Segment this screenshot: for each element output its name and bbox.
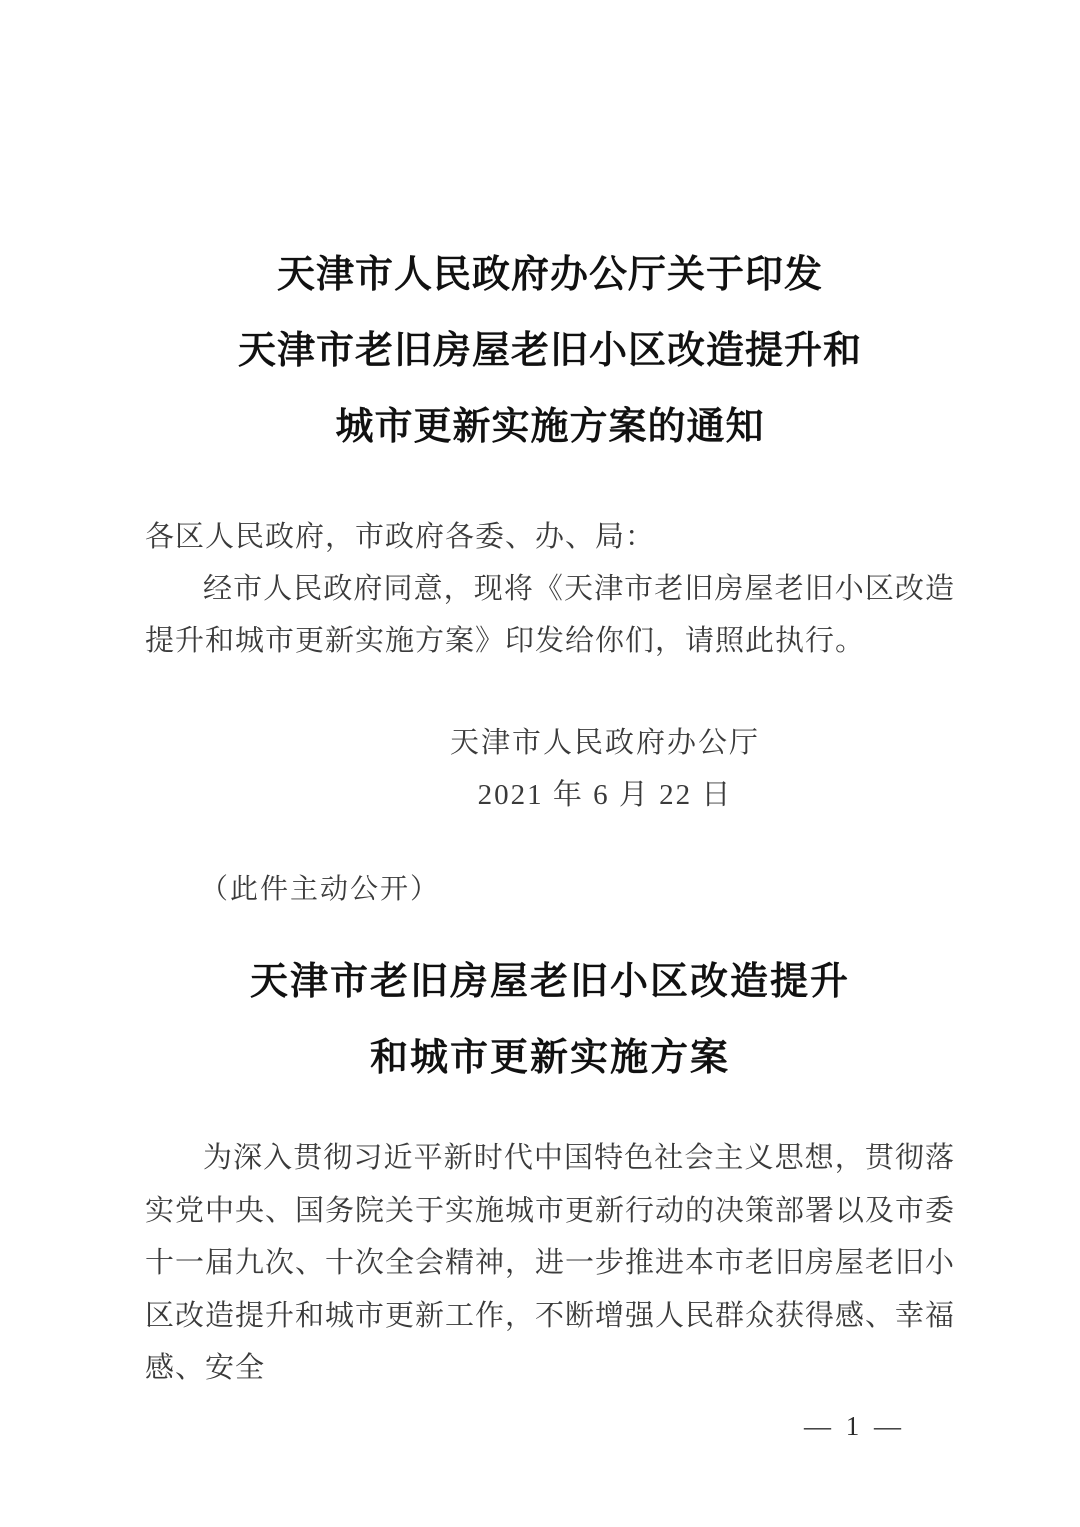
notice-body: 各区人民政府，市政府各委、办、局： 经市人民政府同意，现将《天津市老旧房屋老旧小…	[145, 511, 955, 667]
notice-title-line-3: 城市更新实施方案的通知	[145, 389, 955, 465]
notice-title: 天津市人民政府办公厅关于印发 天津市老旧房屋老旧小区改造提升和 城市更新实施方案…	[145, 0, 955, 465]
plan-title-line-2: 和城市更新实施方案	[145, 1020, 955, 1096]
document-page: 天津市人民政府办公厅关于印发 天津市老旧房屋老旧小区改造提升和 城市更新实施方案…	[0, 0, 1080, 1527]
plan-opening-paragraph: 为深入贯彻习近平新时代中国特色社会主义思想，贯彻落实党中央、国务院关于实施城市更…	[145, 1132, 955, 1395]
salutation: 各区人民政府，市政府各委、办、局：	[145, 511, 955, 563]
signature-issuer: 天津市人民政府办公厅	[255, 717, 955, 769]
notice-title-line-2: 天津市老旧房屋老旧小区改造提升和	[145, 313, 955, 389]
document-content: 天津市人民政府办公厅关于印发 天津市老旧房屋老旧小区改造提升和 城市更新实施方案…	[0, 0, 1080, 1441]
signature-date: 2021 年 6 月 22 日	[255, 769, 955, 821]
page-number: — 1 —	[145, 1411, 955, 1441]
plan-title-line-1: 天津市老旧房屋老旧小区改造提升	[145, 944, 955, 1020]
signature-block: 天津市人民政府办公厅 2021 年 6 月 22 日	[145, 717, 955, 821]
plan-title: 天津市老旧房屋老旧小区改造提升 和城市更新实施方案	[145, 944, 955, 1096]
disclosure-note: （此件主动公开）	[200, 864, 955, 916]
notice-title-line-1: 天津市人民政府办公厅关于印发	[145, 237, 955, 313]
forwarding-paragraph: 经市人民政府同意，现将《天津市老旧房屋老旧小区改造提升和城市更新实施方案》印发给…	[145, 563, 955, 667]
